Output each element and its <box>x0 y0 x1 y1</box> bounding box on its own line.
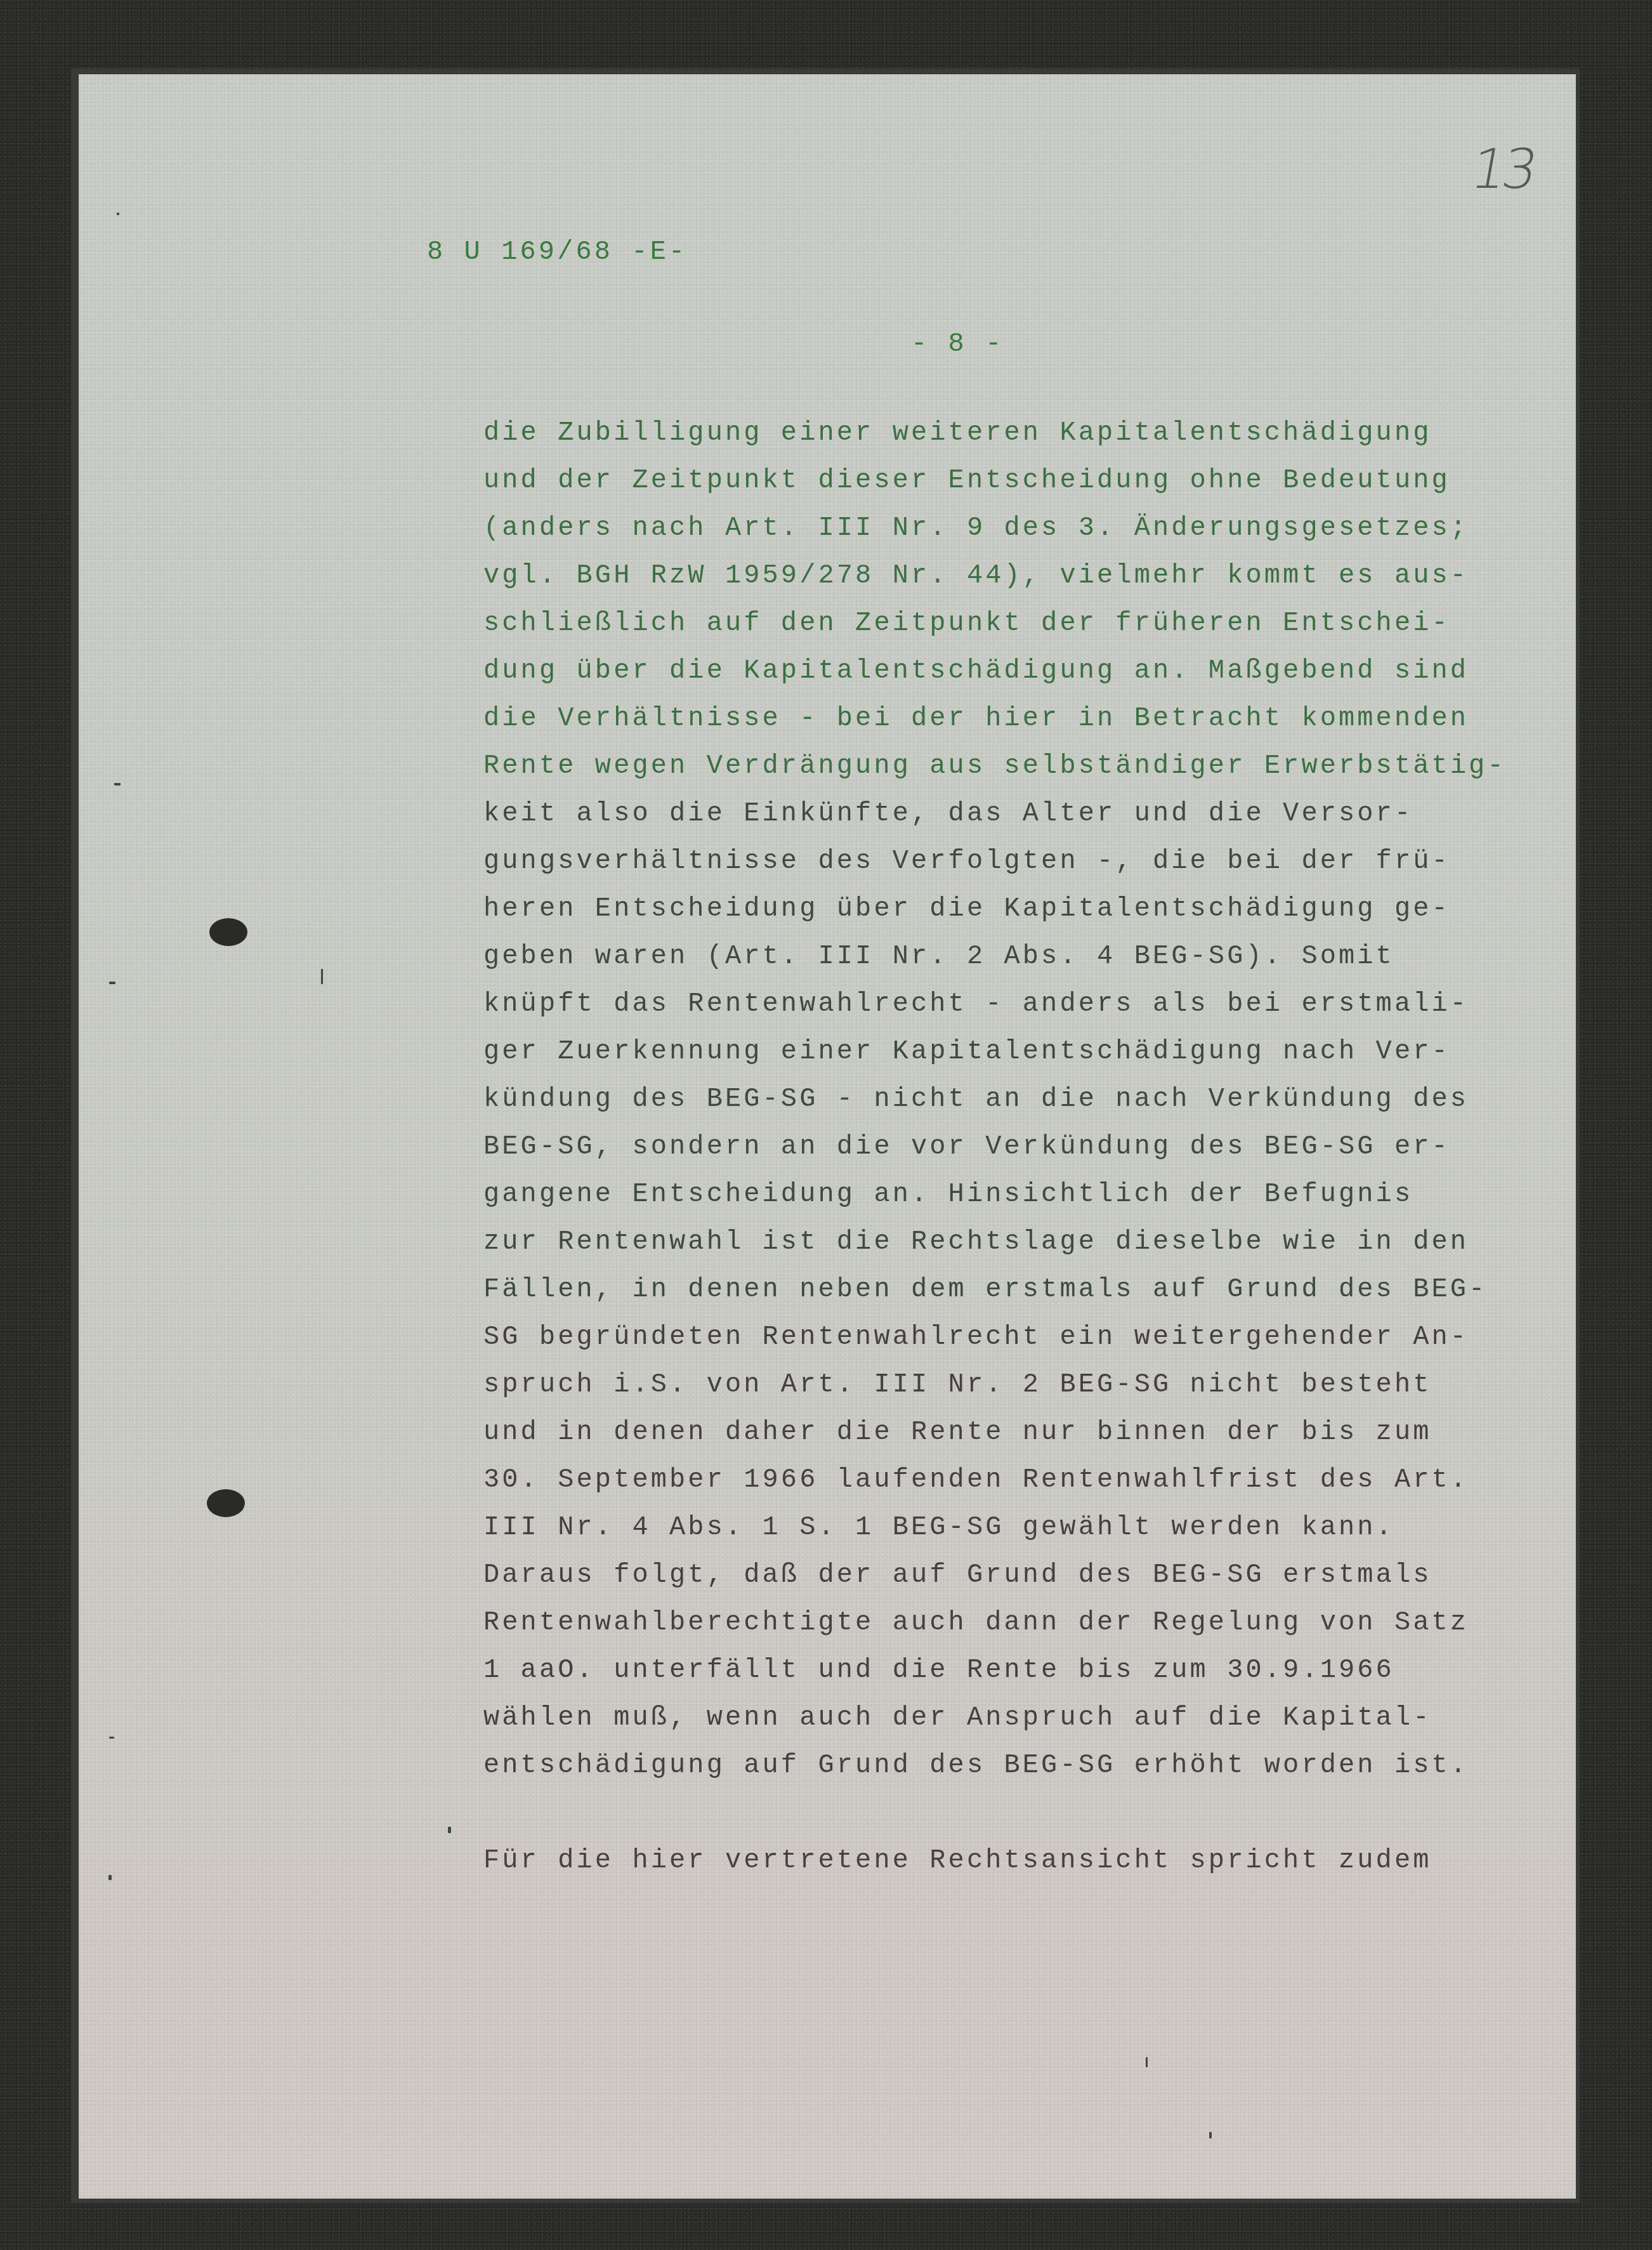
text-line: 1 aaO. unterfällt und die Rente bis zum … <box>483 1647 1506 1694</box>
text-line: keit also die Einkünfte, das Alter und d… <box>483 790 1506 838</box>
text-line: SG begründeten Rentenwahlrecht ein weite… <box>483 1313 1506 1361</box>
paragraph-1: die Zubilligung einer weiteren Kapitalen… <box>483 409 1506 1789</box>
text-line: und in denen daher die Rente nur binnen … <box>483 1409 1506 1456</box>
punch-hole-icon <box>207 1489 245 1517</box>
text-line: (anders nach Art. III Nr. 9 des 3. Änder… <box>483 504 1506 552</box>
text-line: heren Entscheidung über die Kapitalentsc… <box>483 885 1506 933</box>
speck-mark <box>109 982 115 984</box>
text-line: 30. September 1966 laufenden Rentenwahlf… <box>483 1456 1506 1504</box>
text-line: gungsverhältnisse des Verfolgten -, die … <box>483 838 1506 885</box>
document-page: 13 8 U 169/68 -E- - 8 - die Zubilligung … <box>79 74 1576 2199</box>
text-line: zur Rentenwahl ist die Rechtslage diesel… <box>483 1218 1506 1266</box>
text-line: Für die hier vertretene Rechtsansicht sp… <box>483 1837 1506 1885</box>
body-text: die Zubilligung einer weiteren Kapitalen… <box>483 409 1506 1885</box>
page-number: - 8 - <box>911 325 1004 363</box>
text-line: wählen muß, wenn auch der Anspruch auf d… <box>483 1694 1506 1742</box>
text-line: schließlich auf den Zeitpunkt der früher… <box>483 600 1506 647</box>
text-line: gangene Entscheidung an. Hinsichtlich de… <box>483 1171 1506 1218</box>
text-line: Rentenwahlberechtigte auch dann der Rege… <box>483 1599 1506 1647</box>
text-line: und der Zeitpunkt dieser Entscheidung oh… <box>483 457 1506 504</box>
text-line: geben waren (Art. III Nr. 2 Abs. 4 BEG-S… <box>483 933 1506 980</box>
handwritten-folio-number: 13 <box>1466 138 1539 201</box>
text-line: III Nr. 4 Abs. 1 S. 1 BEG-SG gewählt wer… <box>483 1504 1506 1551</box>
speck-mark <box>321 969 323 984</box>
speck-mark <box>1146 2057 1148 2067</box>
speck-mark <box>448 1827 451 1833</box>
text-line: die Zubilligung einer weiteren Kapitalen… <box>483 409 1506 457</box>
text-line: dung über die Kapitalentschädigung an. M… <box>483 647 1506 695</box>
text-line: Daraus folgt, daß der auf Grund des BEG-… <box>483 1551 1506 1599</box>
speck-mark <box>117 213 119 215</box>
text-line: Fällen, in denen neben dem erstmals auf … <box>483 1266 1506 1313</box>
text-line: knüpft das Rentenwahlrecht - anders als … <box>483 980 1506 1028</box>
paragraph-2: Für die hier vertretene Rechtsansicht sp… <box>483 1837 1506 1885</box>
text-line: entschädigung auf Grund des BEG-SG erhöh… <box>483 1742 1506 1789</box>
text-line: ger Zuerkennung einer Kapitalentschädigu… <box>483 1028 1506 1076</box>
speck-mark <box>108 1875 112 1880</box>
speck-mark <box>114 783 121 786</box>
text-line: die Verhältnisse - bei der hier in Betra… <box>483 695 1506 742</box>
text-line: kündung des BEG-SG - nicht an die nach V… <box>483 1076 1506 1123</box>
text-line: BEG-SG, sondern an die vor Verkündung de… <box>483 1123 1506 1171</box>
text-line: vgl. BGH RzW 1959/278 Nr. 44), vielmehr … <box>483 552 1506 600</box>
punch-hole-icon <box>209 918 247 946</box>
text-line: spruch i.S. von Art. III Nr. 2 BEG-SG ni… <box>483 1361 1506 1409</box>
text-line: Rente wegen Verdrängung aus selbständige… <box>483 742 1506 790</box>
speck-mark <box>109 1737 114 1739</box>
case-number: 8 U 169/68 -E- <box>427 233 687 271</box>
speck-mark <box>1209 2132 1212 2138</box>
